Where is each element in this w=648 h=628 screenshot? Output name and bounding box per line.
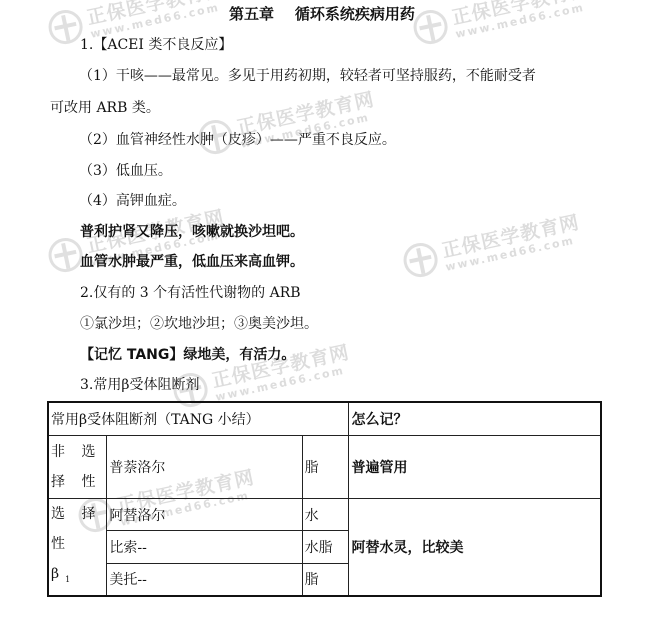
- watermark-name: 正保医学教育网: [439, 208, 582, 264]
- section1-heading: 1.【ACEI 类不良反应】: [80, 36, 232, 54]
- table-row: 选 择 性 β1 阿替洛尔 水 阿替水灵，比较美: [48, 499, 601, 531]
- watermark: 正保医学教育网www.med66.com: [400, 208, 584, 283]
- category-selective-label: 选 择 性: [51, 506, 101, 552]
- group-mnemonic: 普遍管用: [349, 436, 601, 499]
- section1-item-1-cont: 可改用 ARB 类。: [50, 99, 160, 117]
- section1-item-1: （1）干咳——最常见。多见于用药初期，较轻者可坚持服药，不能耐受者: [79, 67, 536, 85]
- watermark-url: www.med66.com: [89, 0, 229, 41]
- table-header-left: 常用β受体阻断剂（TANG 小结）: [48, 402, 349, 436]
- watermark-logo-icon: [410, 7, 450, 47]
- solubility: 脂: [302, 563, 349, 596]
- section3-heading: 3.常用β受体阻断剂: [80, 376, 199, 394]
- beta-blocker-table: 常用β受体阻断剂（TANG 小结） 怎么记？ 非 选 择 性 普萘洛尔 脂 普遍…: [47, 401, 602, 597]
- drug-name: 比索--: [107, 531, 302, 563]
- drug-name: 美托--: [107, 563, 302, 596]
- table-row: 非 选 择 性 普萘洛尔 脂 普遍管用: [48, 436, 601, 499]
- watermark: 正保医学教育网www.med66.com: [410, 0, 594, 49]
- mnemonic-2: 血管水肿最严重，低血压来高血钾。: [80, 253, 304, 271]
- section1-item-4: （4）高钾血症。: [79, 192, 186, 210]
- watermark-name: 正保医学教育网: [84, 0, 227, 30]
- category-beta: β: [51, 566, 65, 582]
- group-mnemonic: 阿替水灵，比较美: [349, 499, 601, 596]
- solubility: 水: [302, 499, 349, 531]
- watermark-url: www.med66.com: [214, 362, 354, 404]
- section1-item-3: （3）低血压。: [79, 162, 172, 180]
- section1-item-2: （2）血管神经性水肿（皮疹）——严重不良反应。: [79, 131, 396, 149]
- section2-list: ①氯沙坦；②坎地沙坦；③奥美沙坦。: [80, 315, 318, 333]
- solubility: 水脂: [302, 531, 349, 563]
- table-header-right: 怎么记？: [349, 402, 601, 436]
- section2-mnemonic: 【记忆 TANG】绿地美，有活力。: [80, 346, 295, 364]
- mnemonic-1: 普利护肾又降压，咳嗽就换沙坦吧。: [80, 223, 304, 241]
- category-nonselective: 非 选 择 性: [48, 436, 107, 499]
- drug-name: 阿替洛尔: [107, 499, 302, 531]
- section2-heading: 2.仅有的 3 个有活性代谢物的 ARB: [80, 284, 301, 302]
- watermark-url: www.med66.com: [454, 0, 594, 41]
- category-selective: 选 择 性 β1: [48, 499, 107, 596]
- solubility: 脂: [302, 436, 349, 499]
- watermark-logo-icon: [400, 240, 440, 280]
- drug-name: 普萘洛尔: [107, 436, 302, 499]
- watermark-url: www.med66.com: [444, 232, 584, 274]
- table-header-row: 常用β受体阻断剂（TANG 小结） 怎么记？: [48, 402, 601, 436]
- watermark-name: 正保医学教育网: [449, 0, 592, 30]
- page-title: 第五章 循环系统疾病用药: [229, 3, 415, 24]
- category-beta-subscript: 1: [65, 575, 76, 584]
